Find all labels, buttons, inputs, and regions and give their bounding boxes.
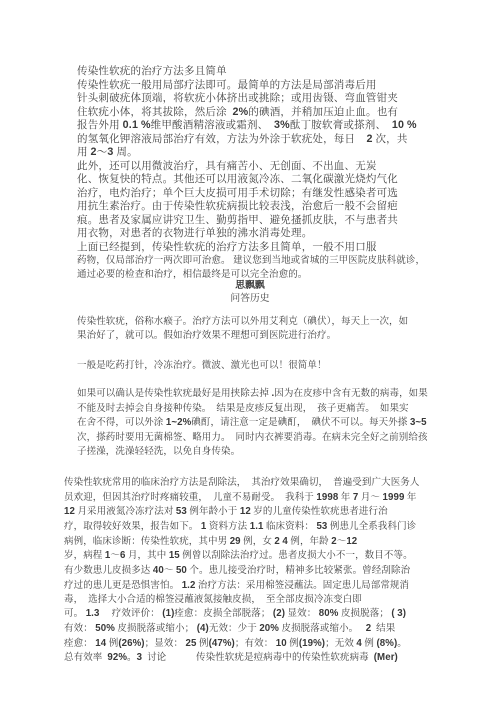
latin-numeric-run: (1) xyxy=(162,608,174,619)
latin-numeric-run: (8%) xyxy=(376,638,397,649)
text-line: 住软疣小体，将其拔除，然后涂 2%的碘酒，并稍加压迫止血。也有 xyxy=(77,106,449,120)
latin-numeric-run: 40 xyxy=(153,565,164,576)
text-line: 针头刺破疣体顶端，将软疣小体挤出或挑除；或用齿镊、弯血管钳夹 xyxy=(77,92,449,106)
latin-numeric-run: 1998 xyxy=(316,492,338,503)
text-line: 用衣物，对患者的衣物进行单独的沸水消毒处理。 xyxy=(77,227,449,241)
document-page: 传染性软疣的治疗方法多且简单传染性软疣一般用局部疗法即可。最简单的方法是局部消毒… xyxy=(0,0,500,708)
reply-simple-treatments: 一般是吃药打针，冷冻治疗。微波、激光也可以！很简单！ xyxy=(77,359,449,373)
text-line: 毒， 选择大小合适的棉签浸蘸液氮接触皮损， 至全部皮损冷冻变白即 xyxy=(64,594,449,608)
latin-numeric-run: 1 xyxy=(201,521,206,532)
latin-numeric-run: 1.3 xyxy=(86,608,100,619)
text-line: 用抗生素治疗。由于传染性软疣病损比较表浅，治愈后一般不会留疤 xyxy=(77,200,449,214)
latin-numeric-run: 2 xyxy=(274,536,279,547)
text-line: 报告外用 0.1 %维甲酸酒精溶液或霜剂、 3%酞丁胺软膏或搽剂、 10 % xyxy=(77,119,449,133)
latin-numeric-run: 53 xyxy=(176,506,187,517)
text-line: 岁，病程 1～6 月，其中 15 例曾以刮除法治疗过。患者皮损大小不一，数目不等… xyxy=(64,549,449,564)
latin-numeric-run: 2 xyxy=(366,623,371,634)
latin-numeric-run: 2% xyxy=(232,106,248,118)
latin-numeric-run: 3% xyxy=(274,119,290,131)
text-line: 有少数患儿皮损多达 40～ 50 个。患儿接受治疗时，精神多比较紧张。曾经刮除治 xyxy=(64,564,449,579)
text-line: 病例，临床诊断：传染性软疣，其中男 29 例，女 2 4 例，年龄 2～12 xyxy=(64,535,449,550)
latin-numeric-run: (Mer) xyxy=(374,652,398,663)
latin-numeric-run: 2 xyxy=(367,133,373,145)
text-line: 12 月采用液氮冷冻疗法对 53 例年龄小于 12 岁的儿童传染性软疣患者进行治 xyxy=(64,505,449,520)
latin-numeric-run: 1.1 xyxy=(250,521,264,532)
text-line: 传染性软疣常用的临床治疗方法是刮除法， 其治疗效果确切， 普遍受到广大医务人 xyxy=(64,477,449,491)
latin-numeric-run: (26%) xyxy=(118,638,144,649)
text-line: 传染性软疣的治疗方法多且简单 xyxy=(77,65,449,79)
text-line: 员欢迎，但因其治疗时疼痛较重， 儿童不易耐受。 我科于 1998 年 7 月～ … xyxy=(64,491,449,506)
text-line: 化、恢复快的特点。其他还可以用液氮冷冻、二氧化碳激光烧灼气化 xyxy=(77,173,449,187)
text-line: 次，搽药时要用无菌棉签、略用力。 同时内衣裤要消毒。在病未完全好之前别给孩 xyxy=(77,431,449,446)
text-line: 果治好了，就可以。假如治疗效果不理想可到医院进行治疗。 xyxy=(77,329,449,343)
text-line: 此外，还可以用微波治疗，具有痛苦小、无创面、不出血、无炭 xyxy=(77,160,449,174)
latin-numeric-run: 12 xyxy=(346,536,357,547)
latin-numeric-run: 80% xyxy=(319,608,339,619)
latin-numeric-run: 3 xyxy=(137,652,142,663)
latin-numeric-run: 15 xyxy=(169,550,180,561)
text-line: 可。 1.3 疗效评价： (1)痊愈：皮损全部脱落； (2) 显效： 80% 皮… xyxy=(64,607,449,622)
answer-referral-advice: 药物，仅局部治疗一两次即可治愈。 建议您到当地或省城的三甲医院皮肤科就诊，通过必… xyxy=(77,254,449,282)
latin-numeric-run: 10 xyxy=(392,119,404,131)
latin-numeric-run: 1.2 xyxy=(182,580,196,591)
text-line: 治疗，电灼治疗；单个巨大皮损可用手术切除；有继发性感染者可选 xyxy=(77,187,449,201)
latin-numeric-run: 0.1 xyxy=(123,119,138,131)
text-line: 用 2～3 周。 xyxy=(77,146,449,160)
latin-numeric-run: 53 xyxy=(316,521,327,532)
text-line: 有效： 50% 皮损脱落或缩小； (4)无效：少于 20% 皮损脱落或缩小。 2… xyxy=(64,622,449,637)
latin-numeric-run: (4) xyxy=(197,623,209,634)
text-line: 痕。患者及家属应讲究卫生、勤剪指甲、避免搔抓皮肤，不与患者共 xyxy=(77,214,449,228)
text-line: 总有效率 92%。3 讨论 传染性软疣是痘病毒中的传染性软疣病毒 (Mer) xyxy=(64,651,449,666)
text-line: 如果可以确认是传染性软疣最好是用挟除去掉 .因为在皮疹中含有无数的病毒，如果 xyxy=(77,387,449,402)
latin-numeric-run: 4 xyxy=(282,536,287,547)
latin-numeric-run: 12 xyxy=(240,506,251,517)
text-line: 上面已经提到，传染性软疣的治疗方法多且简单，一般不用口服 xyxy=(77,241,449,255)
document-body: 传染性软疣的治疗方法多且简单传染性软疣一般用局部疗法即可。最简单的方法是局部消毒… xyxy=(77,65,449,666)
latin-numeric-run: 14 xyxy=(95,638,106,649)
latin-numeric-run: 50% xyxy=(95,623,115,634)
text-line: 传染性软疣一般用局部疗法即可。最简单的方法是局部消毒后用 xyxy=(77,79,449,93)
text-line: 疗过的患儿更是恐惧害怕。 1.2 治疗方法：采用棉签浸蘸法。固定患儿局部常规消 xyxy=(64,579,449,594)
latin-numeric-run: 4 xyxy=(356,638,361,649)
answer-treatment-overview: 传染性软疣的治疗方法多且简单传染性软疣一般用局部疗法即可。最简单的方法是局部消毒… xyxy=(77,65,449,254)
latin-numeric-run: % xyxy=(407,119,417,131)
latin-numeric-run: (2) xyxy=(273,608,285,619)
text-line: 子搓澡，洗澡轻轻洗，以免自身传染。 xyxy=(77,445,449,460)
latin-numeric-run: 29 xyxy=(230,536,241,547)
latin-numeric-run: % xyxy=(141,119,151,131)
qa-history-heading: 问答历史 xyxy=(77,292,423,305)
reply-plucking-advice: 如果可以确认是传染性软疣最好是用挟除去掉 .因为在皮疹中含有无数的病毒，如果不能… xyxy=(77,387,449,460)
text-line: 一般是吃药打针，冷冻治疗。微波、激光也可以！很简单！ xyxy=(77,359,449,373)
latin-numeric-run: 6 xyxy=(120,550,125,561)
latin-numeric-run: 3 xyxy=(107,146,113,158)
clinical-report-cryotherapy: 传染性软疣常用的临床治疗方法是刮除法， 其治疗效果确切， 普遍受到广大医务人员欢… xyxy=(64,477,449,666)
reply-iodophor: 传染性软疣，俗称水瘊子。治疗方法可以外用艾利克（碘伏），每天上一次，如果治好了，… xyxy=(77,315,449,343)
text-line: 疗，取得较好效果，报告如下。 1 资料方法 1.1 临床资料： 53 例患儿全系… xyxy=(64,520,449,535)
text-line: 不能及时去掉会自身接种传染。 结果是皮疹反复出现， 孩子更痛苦。 如果实 xyxy=(77,402,449,417)
latin-numeric-run: (19%) xyxy=(299,638,325,649)
latin-numeric-run: 50 xyxy=(176,565,187,576)
latin-numeric-run: 92% xyxy=(107,652,127,663)
text-line: 传染性软疣，俗称水瘊子。治疗方法可以外用艾利克（碘伏），每天上一次，如 xyxy=(77,315,449,329)
latin-numeric-run: 2 xyxy=(91,146,97,158)
latin-numeric-run: . xyxy=(271,388,274,399)
latin-numeric-run: (47%) xyxy=(209,638,235,649)
latin-numeric-run: 12 xyxy=(64,506,75,517)
latin-numeric-run: 25 xyxy=(186,638,197,649)
latin-numeric-run: 7 xyxy=(353,492,358,503)
latin-numeric-run: 3) xyxy=(397,608,406,619)
text-line: 痊愈： 14 例(26%)；显效： 25 例(47%)；有效： 10 例(19%… xyxy=(64,637,449,652)
latin-numeric-run: 3~5 xyxy=(410,417,427,428)
latin-numeric-run: ( xyxy=(391,608,394,619)
latin-numeric-run: 2 xyxy=(331,536,336,547)
latin-numeric-run: 20% xyxy=(259,623,279,634)
latin-numeric-run: 1~2% xyxy=(166,417,191,428)
text-line: 在舍不得，可以外涂 1~2%碘酊，请注意一定是碘酊， 碘伏不可以。每天外搽 3~… xyxy=(77,416,449,431)
latin-numeric-run: 1999 xyxy=(383,492,405,503)
latin-numeric-run: 1 xyxy=(105,550,110,561)
text-line: 药物，仅局部治疗一两次即可治愈。 建议您到当地或省城的三甲医院皮肤科就诊， xyxy=(77,254,449,268)
text-line: 的氢氧化钾溶液局部治疗有效，方法为外涂于软疣处，每日 2 次，共 xyxy=(77,133,449,147)
latin-numeric-run: 10 xyxy=(276,638,287,649)
